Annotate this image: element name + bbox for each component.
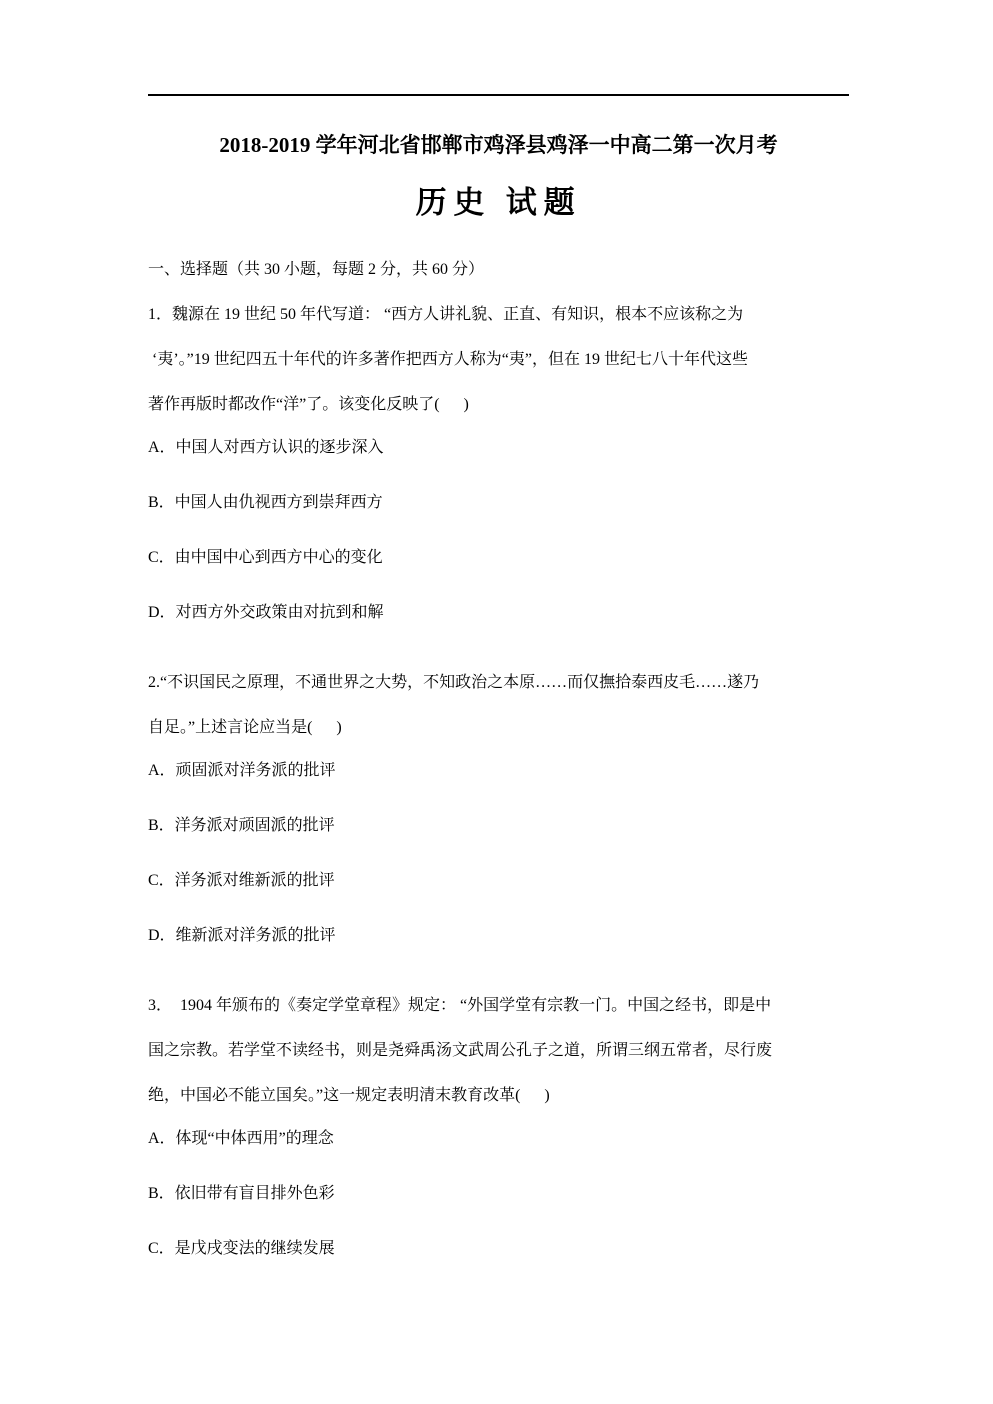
question-line: 1．魏源在 19 世纪 50 年代写道： “西方人讲礼貌、正直、有知识，根本不应… xyxy=(148,292,849,337)
question-1-text: 1．魏源在 19 世纪 50 年代写道： “西方人讲礼貌、正直、有知识，根本不应… xyxy=(148,292,849,427)
option-a: A．体现“中体西用”的理念 xyxy=(148,1131,849,1147)
header-rule xyxy=(148,94,849,96)
question-line: ‘夷’。”19 世纪四五十年代的许多著作把西方人称为“夷”，但在 19 世纪七八… xyxy=(148,337,849,382)
question-line: 2.“不识国民之原理，不通世界之大势，不知政治之本原……而仅撫拾泰西皮毛……遂乃 xyxy=(148,660,849,705)
option-c: C．洋务派对维新派的批评 xyxy=(148,873,849,889)
option-b: B．洋务派对顽固派的批评 xyxy=(148,818,849,834)
option-a: A．顽固派对洋务派的批评 xyxy=(148,763,849,779)
option-b: B．依旧带有盲目排外色彩 xyxy=(148,1186,849,1202)
question-line: 国之宗教。若学堂不读经书，则是尧舜禹汤文武周公孔子之道，所谓三纲五常者，尽行废 xyxy=(148,1028,849,1073)
question-1: 1．魏源在 19 世纪 50 年代写道： “西方人讲礼貌、正直、有知识，根本不应… xyxy=(148,292,849,621)
question-3: 3． 1904 年颁布的《奏定学堂章程》规定： “外国学堂有宗教一门。中国之经书… xyxy=(148,983,849,1257)
option-d: D．维新派对洋务派的批评 xyxy=(148,928,849,944)
question-3-text: 3． 1904 年颁布的《奏定学堂章程》规定： “外国学堂有宗教一门。中国之经书… xyxy=(148,983,849,1118)
option-c: C．是戊戌变法的继续发展 xyxy=(148,1241,849,1257)
option-c: C．由中国中心到西方中心的变化 xyxy=(148,550,849,566)
option-b: B．中国人由仇视西方到崇拜西方 xyxy=(148,495,849,511)
exam-document-page: 2018-2019 学年河北省邯郸市鸡泽县鸡泽一中高二第一次月考 历史 试题 一… xyxy=(0,0,993,1404)
exam-title: 2018-2019 学年河北省邯郸市鸡泽县鸡泽一中高二第一次月考 xyxy=(148,132,849,158)
question-1-options: A．中国人对西方认识的逐步深入 B．中国人由仇视西方到崇拜西方 C．由中国中心到… xyxy=(148,440,849,621)
option-a: A．中国人对西方认识的逐步深入 xyxy=(148,440,849,456)
question-2-text: 2.“不识国民之原理，不通世界之大势，不知政治之本原……而仅撫拾泰西皮毛……遂乃… xyxy=(148,660,849,750)
section-heading: 一、选择题（共 30 小题，每题 2 分，共 60 分） xyxy=(148,260,849,280)
subject-title: 历史 试题 xyxy=(148,184,849,222)
question-2-options: A．顽固派对洋务派的批评 B．洋务派对顽固派的批评 C．洋务派对维新派的批评 D… xyxy=(148,763,849,944)
question-line: 自足。”上述言论应当是( ) xyxy=(148,705,849,750)
question-3-options: A．体现“中体西用”的理念 B．依旧带有盲目排外色彩 C．是戊戌变法的继续发展 xyxy=(148,1131,849,1257)
question-2: 2.“不识国民之原理，不通世界之大势，不知政治之本原……而仅撫拾泰西皮毛……遂乃… xyxy=(148,660,849,944)
question-line: 绝，中国必不能立国矣。”这一规定表明清末教育改革( ) xyxy=(148,1073,849,1118)
option-d: D．对西方外交政策由对抗到和解 xyxy=(148,605,849,621)
question-line: 3． 1904 年颁布的《奏定学堂章程》规定： “外国学堂有宗教一门。中国之经书… xyxy=(148,983,849,1028)
question-line: 著作再版时都改作“洋”了。该变化反映了( ) xyxy=(148,382,849,427)
